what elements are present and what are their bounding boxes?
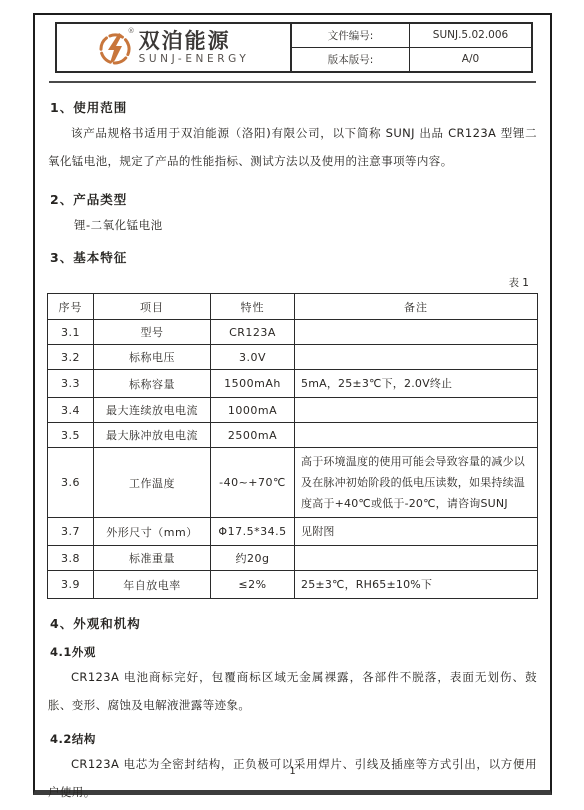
- doc-number-label: 文件编号:: [292, 24, 410, 48]
- table-cell: 年自放电率: [94, 571, 211, 599]
- table-row: 3.1型号CR123A: [48, 320, 538, 345]
- section-4-title: 4、外观和机构: [50, 614, 538, 632]
- table-cell: ≤2%: [211, 571, 295, 599]
- section-4-2-body: CR123A 电芯为全密封结构，正负极可以采用焊片、引线及插座等方式引出，以方便…: [48, 750, 537, 806]
- table-row: 3.9年自放电率≤2%25±3℃，RH65±10%下: [48, 571, 538, 599]
- section-2-body: 锂-二氧化锰电池: [74, 217, 538, 233]
- version-value: A/0: [410, 48, 531, 72]
- table-header-row: 序号 项目 特性 备注: [48, 294, 538, 320]
- table-row: 3.8标准重量约20g: [48, 546, 538, 571]
- table-cell: 高于环境温度的使用可能会导致容量的减少以及在脉冲初始阶段的低电压读数，如果持续温…: [295, 448, 538, 518]
- table-cell: 3.3: [48, 370, 94, 398]
- section-1-title: 1、使用范围: [50, 98, 538, 116]
- spec-table: 序号 项目 特性 备注 3.1型号CR123A3.2标称电压3.0V3.3标称容…: [47, 293, 538, 599]
- table-cell: [295, 398, 538, 423]
- section-1-body: 该产品规格书适用于双洎能源（洛阳)有限公司，以下简称 SUNJ 出品 CR123…: [48, 119, 537, 175]
- logo-text: 双洎能源 SUNJ-ENERGY: [139, 31, 250, 65]
- doc-number-value: SUNJ.5.02.006: [410, 24, 531, 48]
- table-cell: [295, 546, 538, 571]
- table-cell: 型号: [94, 320, 211, 345]
- document-canvas: ® 双洎能源 SUNJ-ENERGY 文件编号: SUNJ.5.02.006 版…: [0, 0, 584, 810]
- table-cell: 5mA，25±3℃下，2.0V终止: [295, 370, 538, 398]
- table-cell: 标称容量: [94, 370, 211, 398]
- table-caption: 表 1: [47, 275, 529, 290]
- document-header: ® 双洎能源 SUNJ-ENERGY 文件编号: SUNJ.5.02.006 版…: [55, 22, 533, 73]
- document-meta-table: 文件编号: SUNJ.5.02.006 版本版号: A/0: [292, 24, 531, 71]
- spec-table-body: 3.1型号CR123A3.2标称电压3.0V3.3标称容量1500mAh5mA，…: [48, 320, 538, 599]
- col-header-remark: 备注: [295, 294, 538, 320]
- table-cell: 最大连续放电电流: [94, 398, 211, 423]
- page-number: 1: [35, 766, 550, 777]
- spec-sheet-page: ® 双洎能源 SUNJ-ENERGY 文件编号: SUNJ.5.02.006 版…: [33, 13, 552, 795]
- table-cell: [295, 320, 538, 345]
- table-cell: 1000mA: [211, 398, 295, 423]
- section-4-1-title: 4.1外观: [50, 644, 538, 660]
- section-4-1-body: CR123A 电池商标完好，包覆商标区域无金属裸露，各部件不脱落，表面无划伤、鼓…: [48, 663, 537, 719]
- table-row: 3.4最大连续放电电流1000mA: [48, 398, 538, 423]
- section-4-2-title: 4.2结构: [50, 731, 538, 747]
- registered-trademark: ®: [128, 27, 135, 35]
- table-cell: 见附图: [295, 518, 538, 546]
- col-header-item: 项目: [94, 294, 211, 320]
- table-cell: 约20g: [211, 546, 295, 571]
- table-row: 3.2标称电压3.0V: [48, 345, 538, 370]
- table-cell: 3.4: [48, 398, 94, 423]
- table-cell: 最大脉冲放电电流: [94, 423, 211, 448]
- table-cell: 3.8: [48, 546, 94, 571]
- col-header-spec: 特性: [211, 294, 295, 320]
- company-logo: ® 双洎能源 SUNJ-ENERGY: [57, 24, 292, 71]
- table-cell: 标称电压: [94, 345, 211, 370]
- table-cell: 3.1: [48, 320, 94, 345]
- table-cell: -40~+70℃: [211, 448, 295, 518]
- section-2-title: 2、产品类型: [50, 190, 538, 208]
- header-divider: [49, 81, 536, 83]
- table-cell: 3.7: [48, 518, 94, 546]
- version-label: 版本版号:: [292, 48, 410, 72]
- table-cell: 3.6: [48, 448, 94, 518]
- table-cell: [295, 423, 538, 448]
- table-cell: [295, 345, 538, 370]
- table-cell: 标准重量: [94, 546, 211, 571]
- table-cell: 25±3℃，RH65±10%下: [295, 571, 538, 599]
- table-cell: 1500mAh: [211, 370, 295, 398]
- lightning-bolt-logo-icon: ®: [98, 29, 134, 67]
- table-cell: 3.2: [48, 345, 94, 370]
- table-cell: 工作温度: [94, 448, 211, 518]
- table-row: 3.5最大脉冲放电电流2500mA: [48, 423, 538, 448]
- table-row: 3.3标称容量1500mAh5mA，25±3℃下，2.0V终止: [48, 370, 538, 398]
- company-name-en: SUNJ-ENERGY: [139, 54, 250, 65]
- table-cell: 3.9: [48, 571, 94, 599]
- table-cell: CR123A: [211, 320, 295, 345]
- table-row: 3.7外形尺寸（mm）Φ17.5*34.5见附图: [48, 518, 538, 546]
- company-name-cn: 双洎能源: [139, 31, 250, 52]
- table-cell: 3.5: [48, 423, 94, 448]
- table-cell: 外形尺寸（mm）: [94, 518, 211, 546]
- col-header-seq: 序号: [48, 294, 94, 320]
- table-row: 3.6工作温度-40~+70℃高于环境温度的使用可能会导致容量的减少以及在脉冲初…: [48, 448, 538, 518]
- table-cell: 3.0V: [211, 345, 295, 370]
- table-cell: Φ17.5*34.5: [211, 518, 295, 546]
- section-3-title: 3、基本特征: [50, 248, 538, 266]
- table-cell: 2500mA: [211, 423, 295, 448]
